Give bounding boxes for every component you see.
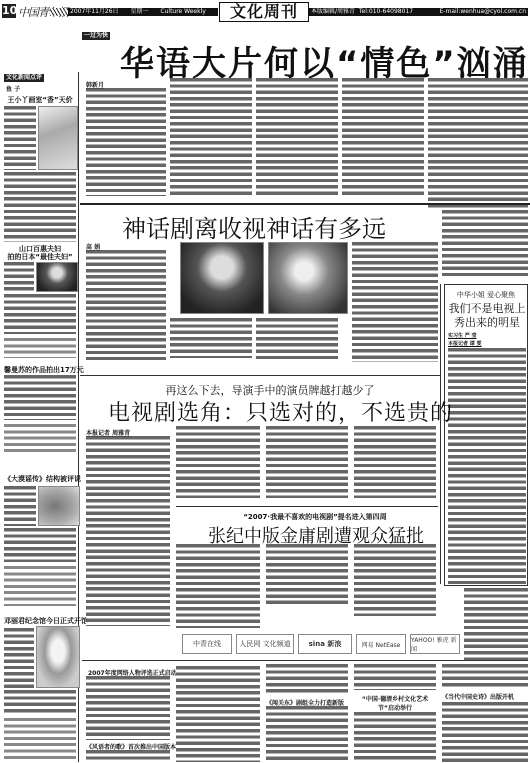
sidebar-body [4,172,76,242]
sponsor-logo-cyol[interactable]: 中青在线 [182,634,232,654]
myth-headline: 神话剧离收视神话有多远 [122,209,386,244]
teresa-teng-photo [36,626,80,688]
right-box-byline-2: 本报记者 谭 雯 [448,340,481,347]
sidebar-body [4,628,34,688]
lead-body-col4 [342,78,424,196]
myth-body-col2 [170,318,252,358]
myth-body-col5 [442,210,528,276]
lead-body-col3 [256,78,338,196]
section-title: 文化周刊 [219,2,309,22]
right-box-kicker: 中华小姐 爱心聚焦 [446,290,526,300]
right-box-headline-2: 秀出来的明星 [448,314,526,330]
lead-body-col2 [170,78,252,196]
right-box-byline-1: 实习生 严 莹 [448,332,476,339]
sidebar-item-title-line2: 拍的日本“最佳夫妇” [4,252,76,262]
section-rule [80,375,440,376]
jinyong-body-col2 [266,544,348,604]
casting-body-col2 [176,426,260,498]
sidebar-body [4,375,76,420]
brief-body [442,702,528,762]
sidebar-body [4,294,76,334]
casting-headline: 电视剧选角：只选对的，不选贵的 [108,396,453,427]
section-rule [80,203,530,205]
brief-body [354,664,436,690]
casting-body-col1 [86,436,170,626]
right-box-tail [464,588,528,660]
casting-body-col4 [354,426,436,498]
vintage-photo [38,486,80,526]
masthead-bar-left: 2007年11月26日 星期一 Culture Weekly [68,8,218,16]
couple-photo [36,262,78,292]
stripe-decoration [50,8,68,16]
sidebar-body [4,528,76,562]
lead-body-col1 [86,88,166,196]
editor-email: E-mail:wenhua@cyol.com.cn [440,8,526,16]
brief-body [442,664,528,688]
edition-label: Culture Weekly [160,8,205,15]
lead-body-col5 [428,78,528,208]
brief-headline: 《当代中国史诗》出版开机 [442,692,514,701]
casting-body-col3 [266,426,348,498]
myth-body-col3 [256,318,338,360]
sidebar-body [4,262,34,292]
sponsor-logo-people[interactable]: 人民网 文化频道 [236,634,294,654]
brief-body [266,706,348,762]
sidebar-item-title: 馨曼苏的作品拍出17万元 [4,365,76,375]
issue-date: 2007年11月26日 [70,8,119,15]
sidebar-comment [4,424,76,452]
page-number: 10 [2,4,16,18]
section-rule [176,506,438,507]
lead-kicker: 一过为快 [82,32,110,40]
sidebar-column-tag: 文化新闻点评 [4,74,44,82]
sponsor-logo-netease[interactable]: 网易 NetEase [356,634,406,654]
box-divider [440,284,441,584]
painting-photo [38,106,78,170]
jinyong-body-col3 [354,544,436,616]
section-rule [82,660,528,661]
brief-body [176,666,260,762]
sidebar-comment [4,566,76,606]
brief-body [354,712,436,762]
sidebar-comment [4,718,76,762]
sidebar-body [4,690,76,715]
brief-body [266,664,348,694]
myth-still-photo-1 [180,242,264,314]
sidebar-item-title: 《大漠谣传》结构被评说 [4,474,76,484]
brief-body [86,676,170,740]
right-box-body [448,348,526,584]
issue-weekday: 星期一 [130,8,148,15]
editor-credit: 本版编辑/周雅青 Tel:010-64098017 [311,8,413,16]
brief-body [86,750,170,762]
sidebar-body [4,486,36,526]
sidebar-item-title: 王小丫画室“香”天价 [4,95,76,105]
jinyong-subheadline: “2007·我最不喜欢的电视剧”提名进入第四周 [240,512,390,522]
sidebar-item-title: 邓丽君纪念馆今日正式开馆 [4,616,76,626]
jinyong-body-col1 [176,544,260,628]
sponsor-logo-sina[interactable]: sina 新浪 [298,634,352,654]
sidebar-comment [4,338,76,358]
sponsor-logo-yahoo[interactable]: YAHOO! 雅虎 新闻 [410,634,460,654]
sidebar-body [4,106,36,170]
myth-body-col1 [86,250,166,360]
brief-headline: “中国·德清乡村文化艺术节”启动举行 [354,694,436,712]
sidebar-author: 鱼 子 [6,84,20,93]
myth-still-photo-2 [268,242,348,314]
masthead-bar-right: 本版编辑/周雅青 Tel:010-64098017 E-mail:wenhua@… [309,8,528,16]
myth-body-col4 [352,242,438,362]
